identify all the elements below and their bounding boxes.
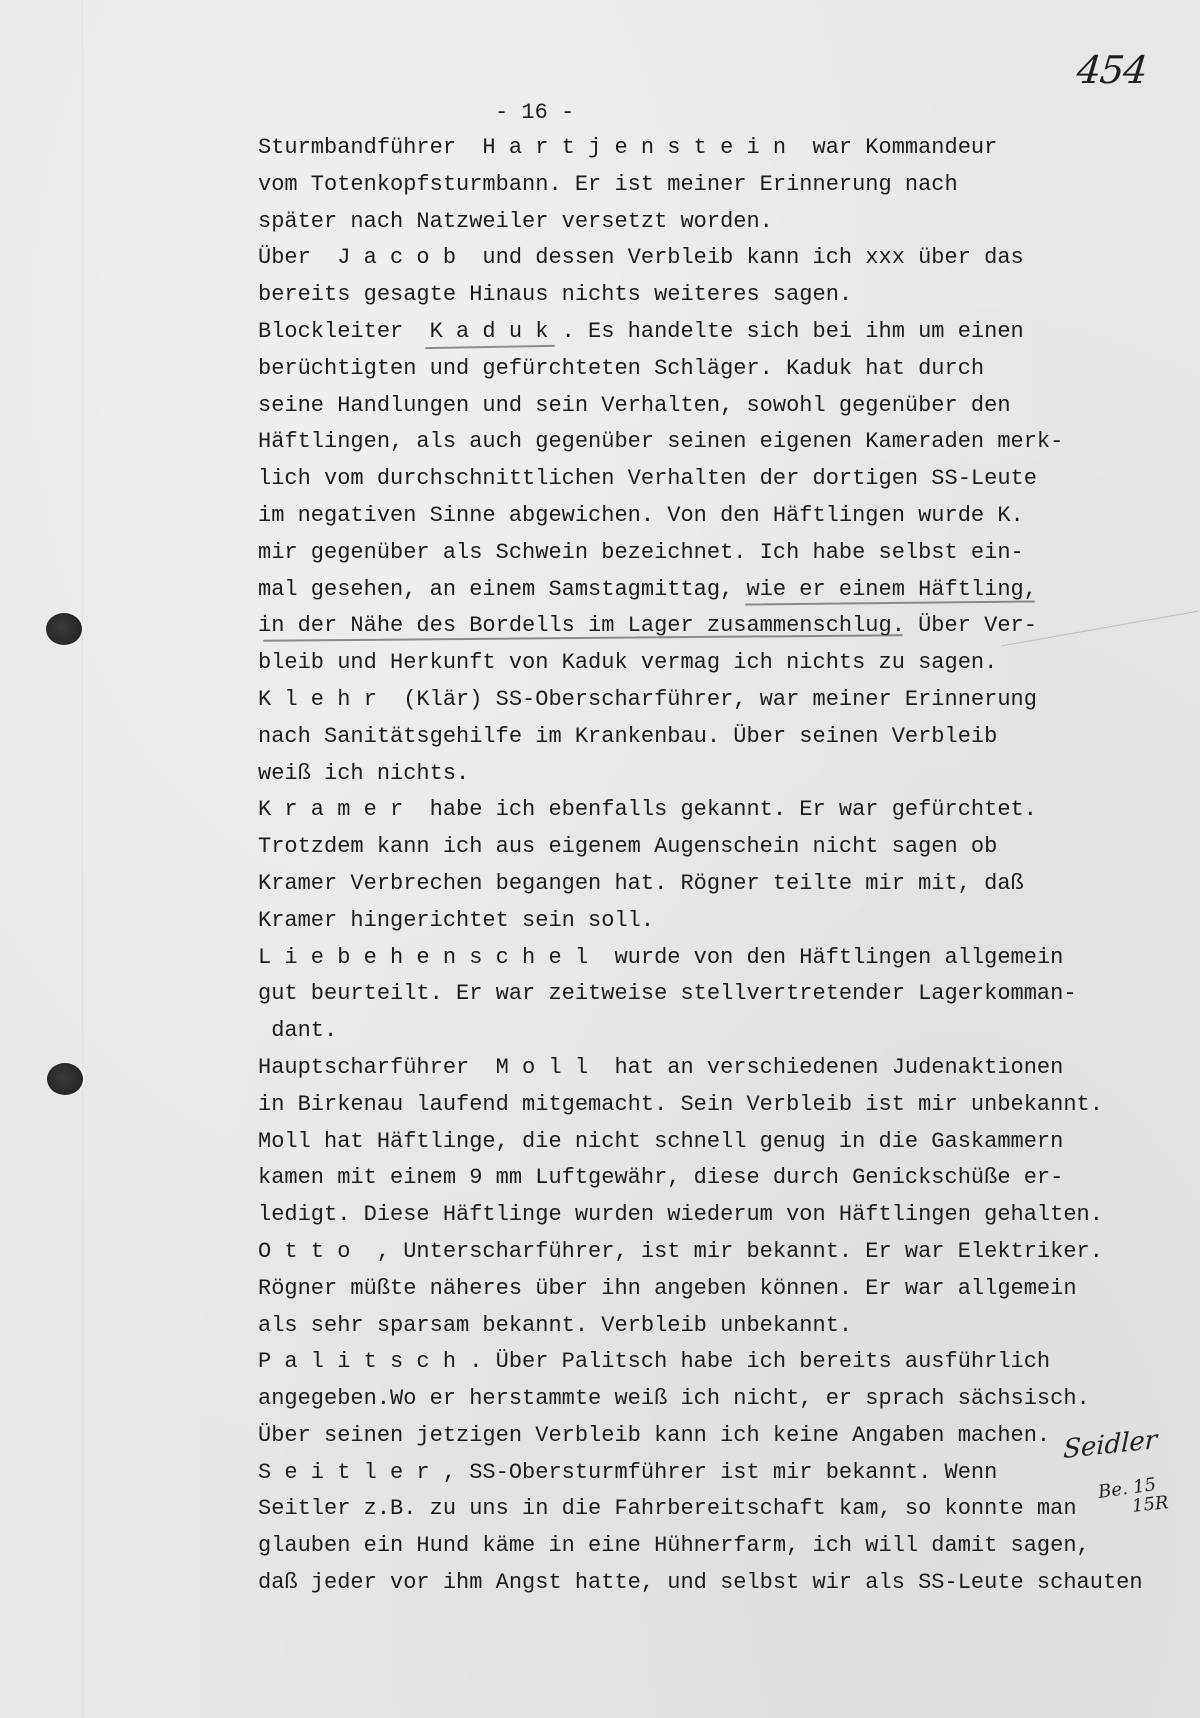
text-line: P a l i t s c h . Über Palitsch habe ich… bbox=[258, 1344, 1143, 1381]
text-line: Blockleiter K a d u k . Es handelte sich… bbox=[258, 314, 1143, 351]
text-line: Über seinen jetzigen Verbleib kann ich k… bbox=[258, 1418, 1143, 1455]
text-line: mal gesehen, an einem Samstagmittag, wie… bbox=[258, 572, 1143, 609]
text-line: Kramer hingerichtet sein soll. bbox=[258, 903, 1143, 940]
text-line: dant. bbox=[258, 1013, 1143, 1050]
handwritten-archive-number: 454 bbox=[1075, 48, 1149, 92]
text-line: berüchtigten und gefürchteten Schläger. … bbox=[258, 351, 1143, 388]
text-line: später nach Natzweiler versetzt worden. bbox=[258, 204, 1143, 241]
text-line: Rögner müßte näheres über ihn angeben kö… bbox=[258, 1271, 1143, 1308]
page-number: - 16 - bbox=[495, 95, 574, 131]
text-line: Seitler z.B. zu uns in die Fahrbereitsch… bbox=[258, 1491, 1143, 1528]
text-line: Moll hat Häftlinge, die nicht schnell ge… bbox=[258, 1124, 1143, 1161]
text-line: weiß ich nichts. bbox=[258, 756, 1143, 793]
text-line: als sehr sparsam bekannt. Verbleib unbek… bbox=[258, 1308, 1143, 1345]
punch-hole-top bbox=[46, 613, 82, 645]
text-line: ledigt. Diese Häftlinge wurden wiederum … bbox=[258, 1197, 1143, 1234]
text-line: gut beurteilt. Er war zeitweise stellver… bbox=[258, 976, 1143, 1013]
text-line: Über J a c o b und dessen Verbleib kann … bbox=[258, 240, 1143, 277]
text-line: angegeben.Wo er herstammte weiß ich nich… bbox=[258, 1381, 1143, 1418]
text-line: Häftlingen, als auch gegenüber seinen ei… bbox=[258, 424, 1143, 461]
text-line: seine Handlungen und sein Verhalten, sow… bbox=[258, 388, 1143, 425]
paper-fold-line bbox=[82, 0, 83, 1718]
text-line: kamen mit einem 9 mm Luftgewähr, diese d… bbox=[258, 1160, 1143, 1197]
handwritten-note-ref-2: 15R bbox=[1131, 1492, 1169, 1517]
text-line: bleib und Herkunft von Kaduk vermag ich … bbox=[258, 645, 1143, 682]
text-line: Sturmbandführer H a r t j e n s t e i n … bbox=[258, 130, 1143, 167]
document-page: 454 - 16 - Sturmbandführer H a r t j e n… bbox=[0, 0, 1200, 1718]
text-line: in Birkenau laufend mitgemacht. Sein Ver… bbox=[258, 1087, 1143, 1124]
text-line: Kramer Verbrechen begangen hat. Rögner t… bbox=[258, 866, 1143, 903]
typewritten-body: Sturmbandführer H a r t j e n s t e i n … bbox=[258, 130, 1143, 1602]
text-line: lich vom durchschnittlichen Verhalten de… bbox=[258, 461, 1143, 498]
text-line: daß jeder vor ihm Angst hatte, und selbs… bbox=[258, 1565, 1143, 1602]
punch-hole-bottom bbox=[47, 1063, 83, 1095]
text-line: im negativen Sinne abgewichen. Von den H… bbox=[258, 498, 1143, 535]
text-line: nach Sanitätsgehilfe im Krankenbau. Über… bbox=[258, 719, 1143, 756]
text-line: mir gegenüber als Schwein bezeichnet. Ic… bbox=[258, 535, 1143, 572]
text-line: S e i t l e r , SS-Obersturmführer ist m… bbox=[258, 1455, 1143, 1492]
text-line: Trotzdem kann ich aus eigenem Augenschei… bbox=[258, 829, 1143, 866]
text-line: Hauptscharführer M o l l hat an verschie… bbox=[258, 1050, 1143, 1087]
text-line: glauben ein Hund käme in eine Hühnerfarm… bbox=[258, 1528, 1143, 1565]
text-line: O t t o , Unterscharführer, ist mir beka… bbox=[258, 1234, 1143, 1271]
text-line: vom Totenkopfsturmbann. Er ist meiner Er… bbox=[258, 167, 1143, 204]
text-line: K r a m e r habe ich ebenfalls gekannt. … bbox=[258, 792, 1143, 829]
text-line: K l e h r (Klär) SS-Oberscharführer, war… bbox=[258, 682, 1143, 719]
text-line: L i e b e h e n s c h e l wurde von den … bbox=[258, 940, 1143, 977]
text-line: bereits gesagte Hinaus nichts weiteres s… bbox=[258, 277, 1143, 314]
